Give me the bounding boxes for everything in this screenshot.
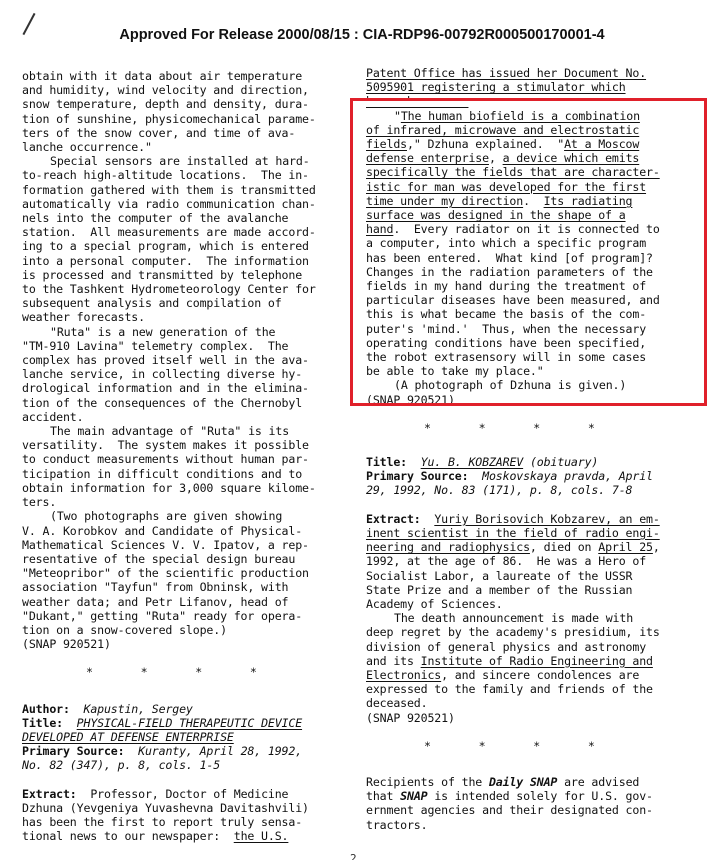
source-line-1: Moskovskaya pravda, April: [482, 469, 653, 483]
notice-text: Recipients of the: [366, 775, 489, 789]
continuation-line: 5095901 registering a stimulator which: [366, 80, 706, 94]
source-label: Primary Source:: [22, 744, 124, 758]
death-announcement-line-1: The death announcement is made with: [366, 611, 706, 625]
paragraph-line: nels into the computer of the avalanche: [22, 211, 342, 225]
quote-line: be able to take my place.": [366, 364, 706, 378]
section-separator: * * * *: [366, 739, 706, 753]
obituary-extract: Extract: Yuriy Borisovich Kobzarev, an e…: [366, 512, 706, 725]
publication-name: SNAP: [400, 789, 427, 803]
article-title-line-1: PHYSICAL-FIELD THERAPEUTIC DEVICE: [77, 716, 302, 730]
paragraph-line: accident.: [22, 410, 342, 424]
continuation-line: ters of the snow cover, and time of ava-: [22, 126, 342, 140]
quote-line: has been entered. What kind [of program]…: [366, 251, 706, 265]
quote-line: the robot extrasensory will in some case…: [366, 350, 706, 364]
institute-name-part-2: Electronics: [366, 668, 441, 682]
notice-text: are advised: [557, 775, 639, 789]
paragraph-line: V. A. Korobkov and Candidate of Physical…: [22, 524, 342, 538]
paragraph-line: ters.: [22, 495, 342, 509]
paragraph-line: drological information and in the elimin…: [22, 381, 342, 395]
paragraph-line: Special sensors are installed at hard-: [22, 154, 342, 168]
paragraph-line: station. All measurements are made accor…: [22, 225, 342, 239]
obituary-title: Yu. B. KOBZAREV: [421, 455, 523, 469]
paragraph-advantage: The main advantage of "Ruta" is itsversa…: [22, 424, 342, 509]
extract-line-1: Yuriy Borisovich Kobzarev, an em-: [434, 512, 659, 526]
paragraph-line: deceased.: [366, 696, 706, 710]
paragraph-line: complex has proved itself well in the av…: [22, 353, 342, 367]
paragraph-line: "Dukant," getting "Ruta" ready for opera…: [22, 609, 342, 623]
paragraph-line: Mathematical Sciences V. V. Ipatov, a re…: [22, 538, 342, 552]
paragraph-line: tion on a snow-covered slope.): [22, 623, 342, 637]
extract-line: has been the first to report truly sensa…: [22, 815, 342, 829]
section-separator: * * * *: [22, 665, 342, 679]
paragraph-line: is processed and transmitted by telephon…: [22, 268, 342, 282]
paragraph-ruta: "Ruta" is a new generation of the"TM-910…: [22, 325, 342, 424]
quote-line: puter's 'mind.' Thus, when the necessary: [366, 322, 706, 336]
paragraph-line: subsequent analysis and compilation of: [22, 296, 342, 310]
obscured-line-mask: [354, 101, 699, 107]
extract-line: Dzhuna (Yevgeniya Yuvashevna Davitashvil…: [22, 801, 342, 815]
extract-last-line: tional news to our newspaper:: [22, 829, 234, 843]
extract-line-1: Professor, Doctor of Medicine: [90, 787, 288, 801]
quote-line: a computer, into which a specific progra…: [366, 236, 706, 250]
paragraph-photographs: (Two photographs are given showingV. A. …: [22, 509, 342, 637]
paragraph-line: tion of the consequences of the Chernoby…: [22, 396, 342, 410]
author-value: Kapustin, Sergey: [83, 702, 192, 716]
quote-line: "The human biofield is a combination: [366, 109, 706, 123]
continuation-line: and humidity, wind velocity and directio…: [22, 83, 342, 97]
paragraph-line: division of general physics and astronom…: [366, 640, 706, 654]
institute-name-part-1: Institute of Radio Engineering and: [421, 654, 653, 668]
source-line-2: 29, 1992, No. 83 (171), p. 8, cols. 7-8: [366, 483, 632, 497]
extract-line: State Prize and a member of the Russian: [366, 583, 706, 597]
paragraph-line: deep regret by the academy's presidium, …: [366, 625, 706, 639]
notice-text: that: [366, 789, 400, 803]
extract-line-3d: ,: [653, 540, 660, 554]
paragraph-line: ticipation in difficult conditions and t…: [22, 467, 342, 481]
extract-line-2b: radio engi-: [585, 526, 660, 540]
article-title-line-2: DEVELOPED AT DEFENSE ENTERPRISE: [22, 730, 234, 744]
dzhuna-quote: "The human biofield is a combinationof i…: [366, 109, 706, 379]
paragraph-line: to the Tashkent Hydrometeorology Center …: [22, 282, 342, 296]
quote-line: fields," Dzhuna explained. "At a Moscow: [366, 137, 706, 151]
paragraph-line: "TM-910 Lavina" telemetry complex. The: [22, 339, 342, 353]
continuation-line: tion of sunshine, physicomechanical para…: [22, 112, 342, 126]
paragraph-line: weather data; and Petr Lifanov, head of: [22, 595, 342, 609]
condolences-text: , and sincere condolences are: [441, 668, 639, 682]
extract-line-2a: inent scientist in the field of: [366, 526, 585, 540]
title-label: Title:: [22, 716, 63, 730]
paragraph-sensors: Special sensors are installed at hard-to…: [22, 154, 342, 324]
obituary-title-suffix: (obituary): [523, 455, 598, 469]
distribution-notice: Recipients of the Daily SNAP are advised…: [366, 775, 706, 832]
quote-line: time under my direction. Its radiating: [366, 194, 706, 208]
right-column: Patent Office has issued her Document No…: [366, 66, 706, 832]
quote-line: particular diseases have been measured, …: [366, 293, 706, 307]
obituary-metadata: Title: Yu. B. KOBZAREV (obituary) Primar…: [366, 455, 706, 498]
extract-line-3a: neering and radiophysics: [366, 540, 530, 554]
paragraph-line: "Ruta" is a new generation of the: [22, 325, 342, 339]
snap-reference: (SNAP 920521): [22, 637, 342, 651]
source-line-2: No. 82 (347), p. 8, cols. 1-5: [22, 758, 220, 772]
paragraph-line: into a personal computer. The informatio…: [22, 254, 342, 268]
article-metadata: Author: Kapustin, Sergey Title: PHYSICAL…: [22, 702, 342, 773]
paragraph-line: automatically via radio communication ch…: [22, 197, 342, 211]
continuation-line: Patent Office has issued her Document No…: [366, 66, 706, 80]
paragraph-line: lanche service, in collecting diverse hy…: [22, 367, 342, 381]
page-number: 2: [350, 852, 357, 860]
paragraph-line: to-reach high-altitude locations. The in…: [22, 168, 342, 182]
publication-name: Daily SNAP: [489, 775, 557, 789]
release-header: Approved For Release 2000/08/15 : CIA-RD…: [0, 27, 724, 43]
photo-note: (A photograph of Dzhuna is given.): [366, 378, 706, 392]
quote-line: this is what became the basis of the com…: [366, 307, 706, 321]
paragraph-line: ing to a special program, which is enter…: [22, 239, 342, 253]
source-line-1: Kuranty, April 28, 1992,: [138, 744, 302, 758]
extract-underlined-phrase: the U.S.: [234, 829, 289, 843]
continuation-line: snow temperature, depth and density, dur…: [22, 97, 342, 111]
extract-label: Extract:: [366, 512, 421, 526]
article-extract: Extract: Professor, Doctor of Medicine D…: [22, 787, 342, 844]
section-separator: * * * *: [366, 421, 706, 435]
quote-line: of infrared, microwave and electrostatic: [366, 123, 706, 137]
quote-line: hand. Every radiator on it is connected …: [366, 222, 706, 236]
notice-text: tractors.: [366, 818, 706, 832]
title-label: Title:: [366, 455, 407, 469]
quote-line: defense enterprise, a device which emits: [366, 151, 706, 165]
left-column: obtain with it data about air temperatur…: [22, 69, 342, 843]
paragraph-line: association "Tayfun" from Obninsk, with: [22, 580, 342, 594]
extract-line-3c: April 25: [598, 540, 653, 554]
paragraph-line: weather forecasts.: [22, 310, 342, 324]
extract-line: Academy of Sciences.: [366, 597, 706, 611]
paragraph-line: obtain information for 3,000 square kilo…: [22, 481, 342, 495]
continuation-line: obtain with it data about air temperatur…: [22, 69, 342, 83]
quote-line: operating conditions have been specified…: [366, 336, 706, 350]
extract-label: Extract:: [22, 787, 77, 801]
snap-reference: (SNAP 920521): [366, 393, 706, 407]
paragraph-line: "Meteopribor" of the scientific producti…: [22, 566, 342, 580]
quote-line: Changes in the radiation parameters of t…: [366, 265, 706, 279]
snap-reference: (SNAP 920521): [366, 711, 706, 725]
paragraph-line: expressed to the family and friends of t…: [366, 682, 706, 696]
notice-text: ernment agencies and their designated co…: [366, 803, 706, 817]
institute-line-a: and its: [366, 654, 421, 668]
paragraph-line: formation gathered with them is transmit…: [22, 183, 342, 197]
author-label: Author:: [22, 702, 70, 716]
quote-line: fields in my hand during the treatment o…: [366, 279, 706, 293]
source-label: Primary Source:: [366, 469, 468, 483]
quote-line: istic for man was developed for the firs…: [366, 180, 706, 194]
extract-line-3b: , died on: [530, 540, 598, 554]
paragraph-line: versatility. The system makes it possibl…: [22, 438, 342, 452]
paragraph-line: to conduct measurements without human pa…: [22, 452, 342, 466]
quote-line: surface was designed in the shape of a: [366, 208, 706, 222]
extract-line: Socialist Labor, a laureate of the USSR: [366, 569, 706, 583]
left-continuation-text: obtain with it data about air temperatur…: [22, 69, 342, 154]
continuation-line: lanche occurrence.": [22, 140, 342, 154]
notice-text: is intended solely for U.S. gov-: [427, 789, 652, 803]
paragraph-line: The main advantage of "Ruta" is its: [22, 424, 342, 438]
extract-line: 1992, at the age of 86. He was a Hero of: [366, 554, 706, 568]
paragraph-line: resentative of the special design bureau: [22, 552, 342, 566]
quote-line: specifically the fields that are charact…: [366, 165, 706, 179]
paragraph-line: (Two photographs are given showing: [22, 509, 342, 523]
